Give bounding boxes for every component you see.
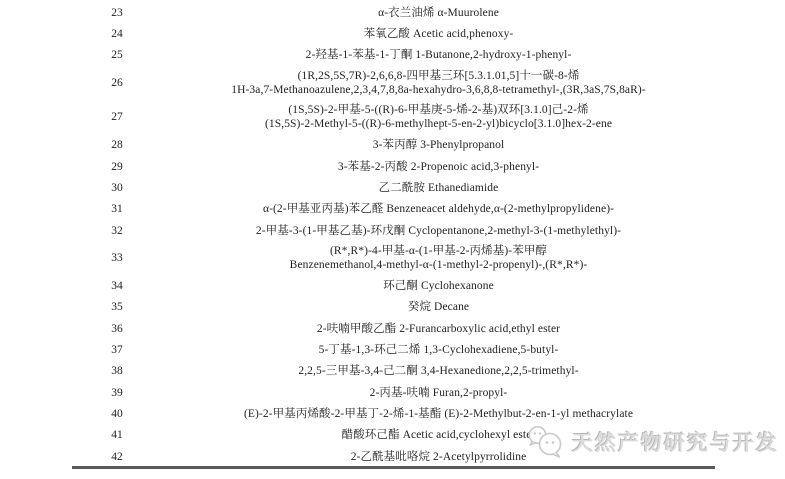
compound-name-cell: 2-乙酰基吡咯烷 2-Acetylpyrrolidine	[162, 450, 715, 464]
table-row: 23 α-衣兰油烯 α-Muurolene	[72, 2, 715, 23]
compound-table: 23 α-衣兰油烯 α-Muurolene 24 苯氧乙酸 Acetic aci…	[72, 2, 715, 467]
table-row: 29 3-苯基-2-丙酸 2-Propenoic acid,3-phenyl-	[72, 156, 715, 177]
compound-name-line: 苯氧乙酸 Acetic acid,phenoxy-	[364, 27, 514, 41]
compound-name-cell: (E)-2-甲基丙烯酸-2-甲基丁-2-烯-1-基酯 (E)-2-Methylb…	[162, 407, 715, 421]
table-row: 33 (R*,R*)-4-甲基-α-(1-甲基-2-丙烯基)-苯甲醇Benzen…	[72, 241, 715, 275]
compound-name-cell: 2-呋喃甲酸乙酯 2-Furancarboxylic acid,ethyl es…	[162, 322, 715, 336]
table-row: 36 2-呋喃甲酸乙酯 2-Furancarboxylic acid,ethyl…	[72, 318, 715, 339]
compound-name-line: 2-乙酰基吡咯烷 2-Acetylpyrrolidine	[351, 450, 527, 464]
table-row: 39 2-丙基-呋喃 Furan,2-propyl-	[72, 382, 715, 403]
row-number: 32	[72, 225, 162, 237]
table-row: 25 2-羟基-1-苯基-1-丁酮 1-Butanone,2-hydroxy-1…	[72, 45, 715, 66]
table-row: 41 醋酸环己酯 Acetic acid,cyclohexyl ester	[72, 425, 715, 446]
compound-name-line: 2,2,5-三甲基-3,4-己二酮 3,4-Hexanedione,2,2,5-…	[298, 364, 578, 378]
row-number: 29	[72, 161, 162, 173]
compound-name-line: α-衣兰油烯 α-Muurolene	[378, 6, 499, 20]
row-number: 33	[72, 252, 162, 264]
row-number: 41	[72, 429, 162, 441]
compound-name-line: 癸烷 Decane	[408, 300, 469, 314]
table-bottom-rule	[72, 466, 715, 469]
compound-name-cell: 醋酸环己酯 Acetic acid,cyclohexyl ester	[162, 428, 715, 442]
table-row: 35 癸烷 Decane	[72, 297, 715, 318]
compound-name-line: 3-苯基-2-丙酸 2-Propenoic acid,3-phenyl-	[338, 160, 539, 174]
compound-name-cell: (1S,5S)-2-甲基-5-((R)-6-甲基庚-5-烯-2-基)双环[3.1…	[162, 103, 715, 131]
compound-name-cell: 苯氧乙酸 Acetic acid,phenoxy-	[162, 27, 715, 41]
table-row: 34 环己酮 Cyclohexanone	[72, 276, 715, 297]
compound-name-line: (1S,5S)-2-Methyl-5-((R)-6-methylhept-5-e…	[265, 117, 612, 131]
compound-name-line: Benzenemethanol,4-methyl-α-(1-methyl-2-p…	[290, 258, 588, 272]
row-number: 31	[72, 203, 162, 215]
compound-name-cell: 2-甲基-3-(1-甲基乙基)-环戊酮 Cyclopentanone,2-met…	[162, 224, 715, 238]
compound-name-line: 5-丁基-1,3-环己二烯 1,3-Cyclohexadiene,5-butyl…	[319, 343, 559, 357]
compound-name-line: (1S,5S)-2-甲基-5-((R)-6-甲基庚-5-烯-2-基)双环[3.1…	[288, 103, 588, 117]
row-number: 23	[72, 7, 162, 19]
row-number: 26	[72, 77, 162, 89]
row-number: 35	[72, 301, 162, 313]
compound-name-line: 2-呋喃甲酸乙酯 2-Furancarboxylic acid,ethyl es…	[317, 322, 560, 336]
compound-name-cell: (1R,2S,5S,7R)-2,6,6,8-四甲基三环[5.3.1.01,5]十…	[162, 69, 715, 97]
row-number: 25	[72, 49, 162, 61]
compound-name-line: (E)-2-甲基丙烯酸-2-甲基丁-2-烯-1-基酯 (E)-2-Methylb…	[244, 407, 633, 421]
row-number: 38	[72, 365, 162, 377]
row-number: 37	[72, 344, 162, 356]
compound-name-line: 1H-3a,7-Methanoazulene,2,3,4,7,8,8a-hexa…	[231, 83, 646, 97]
compound-name-cell: (R*,R*)-4-甲基-α-(1-甲基-2-丙烯基)-苯甲醇Benzeneme…	[162, 244, 715, 272]
compound-name-line: 3-苯丙醇 3-Phenylpropanol	[373, 138, 505, 152]
compound-name-cell: 乙二酰胺 Ethanediamide	[162, 181, 715, 195]
table-row: 32 2-甲基-3-(1-甲基乙基)-环戊酮 Cyclopentanone,2-…	[72, 220, 715, 241]
compound-name-line: 乙二酰胺 Ethanediamide	[379, 181, 499, 195]
row-number: 40	[72, 408, 162, 420]
row-number: 34	[72, 280, 162, 292]
compound-name-line: 环己酮 Cyclohexanone	[383, 279, 494, 293]
compound-name-cell: 环己酮 Cyclohexanone	[162, 279, 715, 293]
compound-name-cell: 5-丁基-1,3-环己二烯 1,3-Cyclohexadiene,5-butyl…	[162, 343, 715, 357]
table-row: 26 (1R,2S,5S,7R)-2,6,6,8-四甲基三环[5.3.1.01,…	[72, 66, 715, 100]
compound-name-line: 2-甲基-3-(1-甲基乙基)-环戊酮 Cyclopentanone,2-met…	[256, 224, 621, 238]
compound-name-line: 2-丙基-呋喃 Furan,2-propyl-	[370, 386, 508, 400]
compound-name-line: α-(2-甲基亚丙基)苯乙醛 Benzeneacet aldehyde,α-(2…	[263, 202, 614, 216]
table-row: 31 α-(2-甲基亚丙基)苯乙醛 Benzeneacet aldehyde,α…	[72, 199, 715, 220]
compound-name-cell: 癸烷 Decane	[162, 300, 715, 314]
table-row: 24 苯氧乙酸 Acetic acid,phenoxy-	[72, 23, 715, 44]
row-number: 30	[72, 182, 162, 194]
compound-name-cell: 3-苯丙醇 3-Phenylpropanol	[162, 138, 715, 152]
table-row: 27 (1S,5S)-2-甲基-5-((R)-6-甲基庚-5-烯-2-基)双环[…	[72, 100, 715, 134]
compound-name-cell: 2-羟基-1-苯基-1-丁酮 1-Butanone,2-hydroxy-1-ph…	[162, 48, 715, 62]
table-row: 42 2-乙酰基吡咯烷 2-Acetylpyrrolidine	[72, 446, 715, 467]
table-row: 40 (E)-2-甲基丙烯酸-2-甲基丁-2-烯-1-基酯 (E)-2-Meth…	[72, 403, 715, 424]
row-number: 27	[72, 111, 162, 123]
compound-name-cell: 2,2,5-三甲基-3,4-己二酮 3,4-Hexanedione,2,2,5-…	[162, 364, 715, 378]
compound-name-line: 醋酸环己酯 Acetic acid,cyclohexyl ester	[342, 428, 536, 442]
compound-name-cell: α-衣兰油烯 α-Muurolene	[162, 6, 715, 20]
table-row: 28 3-苯丙醇 3-Phenylpropanol	[72, 135, 715, 156]
row-number: 42	[72, 451, 162, 463]
row-number: 28	[72, 139, 162, 151]
compound-table-body: 23 α-衣兰油烯 α-Muurolene 24 苯氧乙酸 Acetic aci…	[72, 2, 715, 467]
table-row: 37 5-丁基-1,3-环己二烯 1,3-Cyclohexadiene,5-bu…	[72, 339, 715, 360]
table-row: 38 2,2,5-三甲基-3,4-己二酮 3,4-Hexanedione,2,2…	[72, 361, 715, 382]
compound-name-cell: 3-苯基-2-丙酸 2-Propenoic acid,3-phenyl-	[162, 160, 715, 174]
compound-name-line: (1R,2S,5S,7R)-2,6,6,8-四甲基三环[5.3.1.01,5]十…	[298, 69, 580, 83]
row-number: 36	[72, 323, 162, 335]
compound-name-line: (R*,R*)-4-甲基-α-(1-甲基-2-丙烯基)-苯甲醇	[330, 244, 547, 258]
compound-name-cell: 2-丙基-呋喃 Furan,2-propyl-	[162, 386, 715, 400]
compound-name-cell: α-(2-甲基亚丙基)苯乙醛 Benzeneacet aldehyde,α-(2…	[162, 202, 715, 216]
row-number: 39	[72, 387, 162, 399]
table-row: 30 乙二酰胺 Ethanediamide	[72, 177, 715, 198]
row-number: 24	[72, 28, 162, 40]
compound-name-line: 2-羟基-1-苯基-1-丁酮 1-Butanone,2-hydroxy-1-ph…	[306, 48, 572, 62]
